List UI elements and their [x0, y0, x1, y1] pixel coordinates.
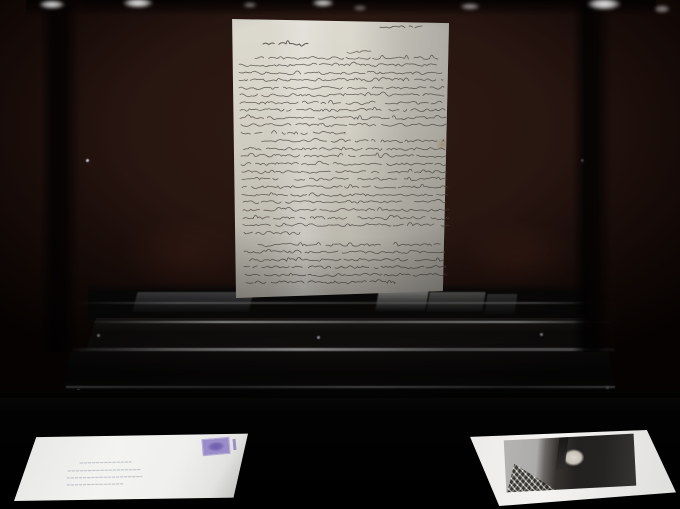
- light-reflection: [587, 0, 621, 10]
- envelope: [14, 433, 248, 501]
- portrait-photo-image: [504, 434, 637, 493]
- reflection-layer: [0, 0, 680, 60]
- handwritten-letter: [231, 19, 449, 298]
- light-reflection: [123, 0, 153, 8]
- light-reflection: [654, 5, 670, 13]
- scene: [0, 0, 680, 509]
- base-pin: [97, 334, 100, 337]
- light-reflection: [39, 0, 65, 9]
- photo-patterned-blanket: [505, 462, 558, 493]
- base-pin: [540, 333, 543, 336]
- light-reflection: [460, 3, 480, 10]
- light-reflection: [312, 0, 334, 7]
- photo-chairback-shape: [556, 437, 569, 470]
- postage-stamp: [201, 437, 230, 456]
- base-pin: [606, 386, 609, 389]
- light-reflection: [353, 5, 367, 11]
- light-reflection: [243, 2, 257, 8]
- portrait-photo-print: [468, 430, 676, 506]
- base-pin: [317, 336, 320, 339]
